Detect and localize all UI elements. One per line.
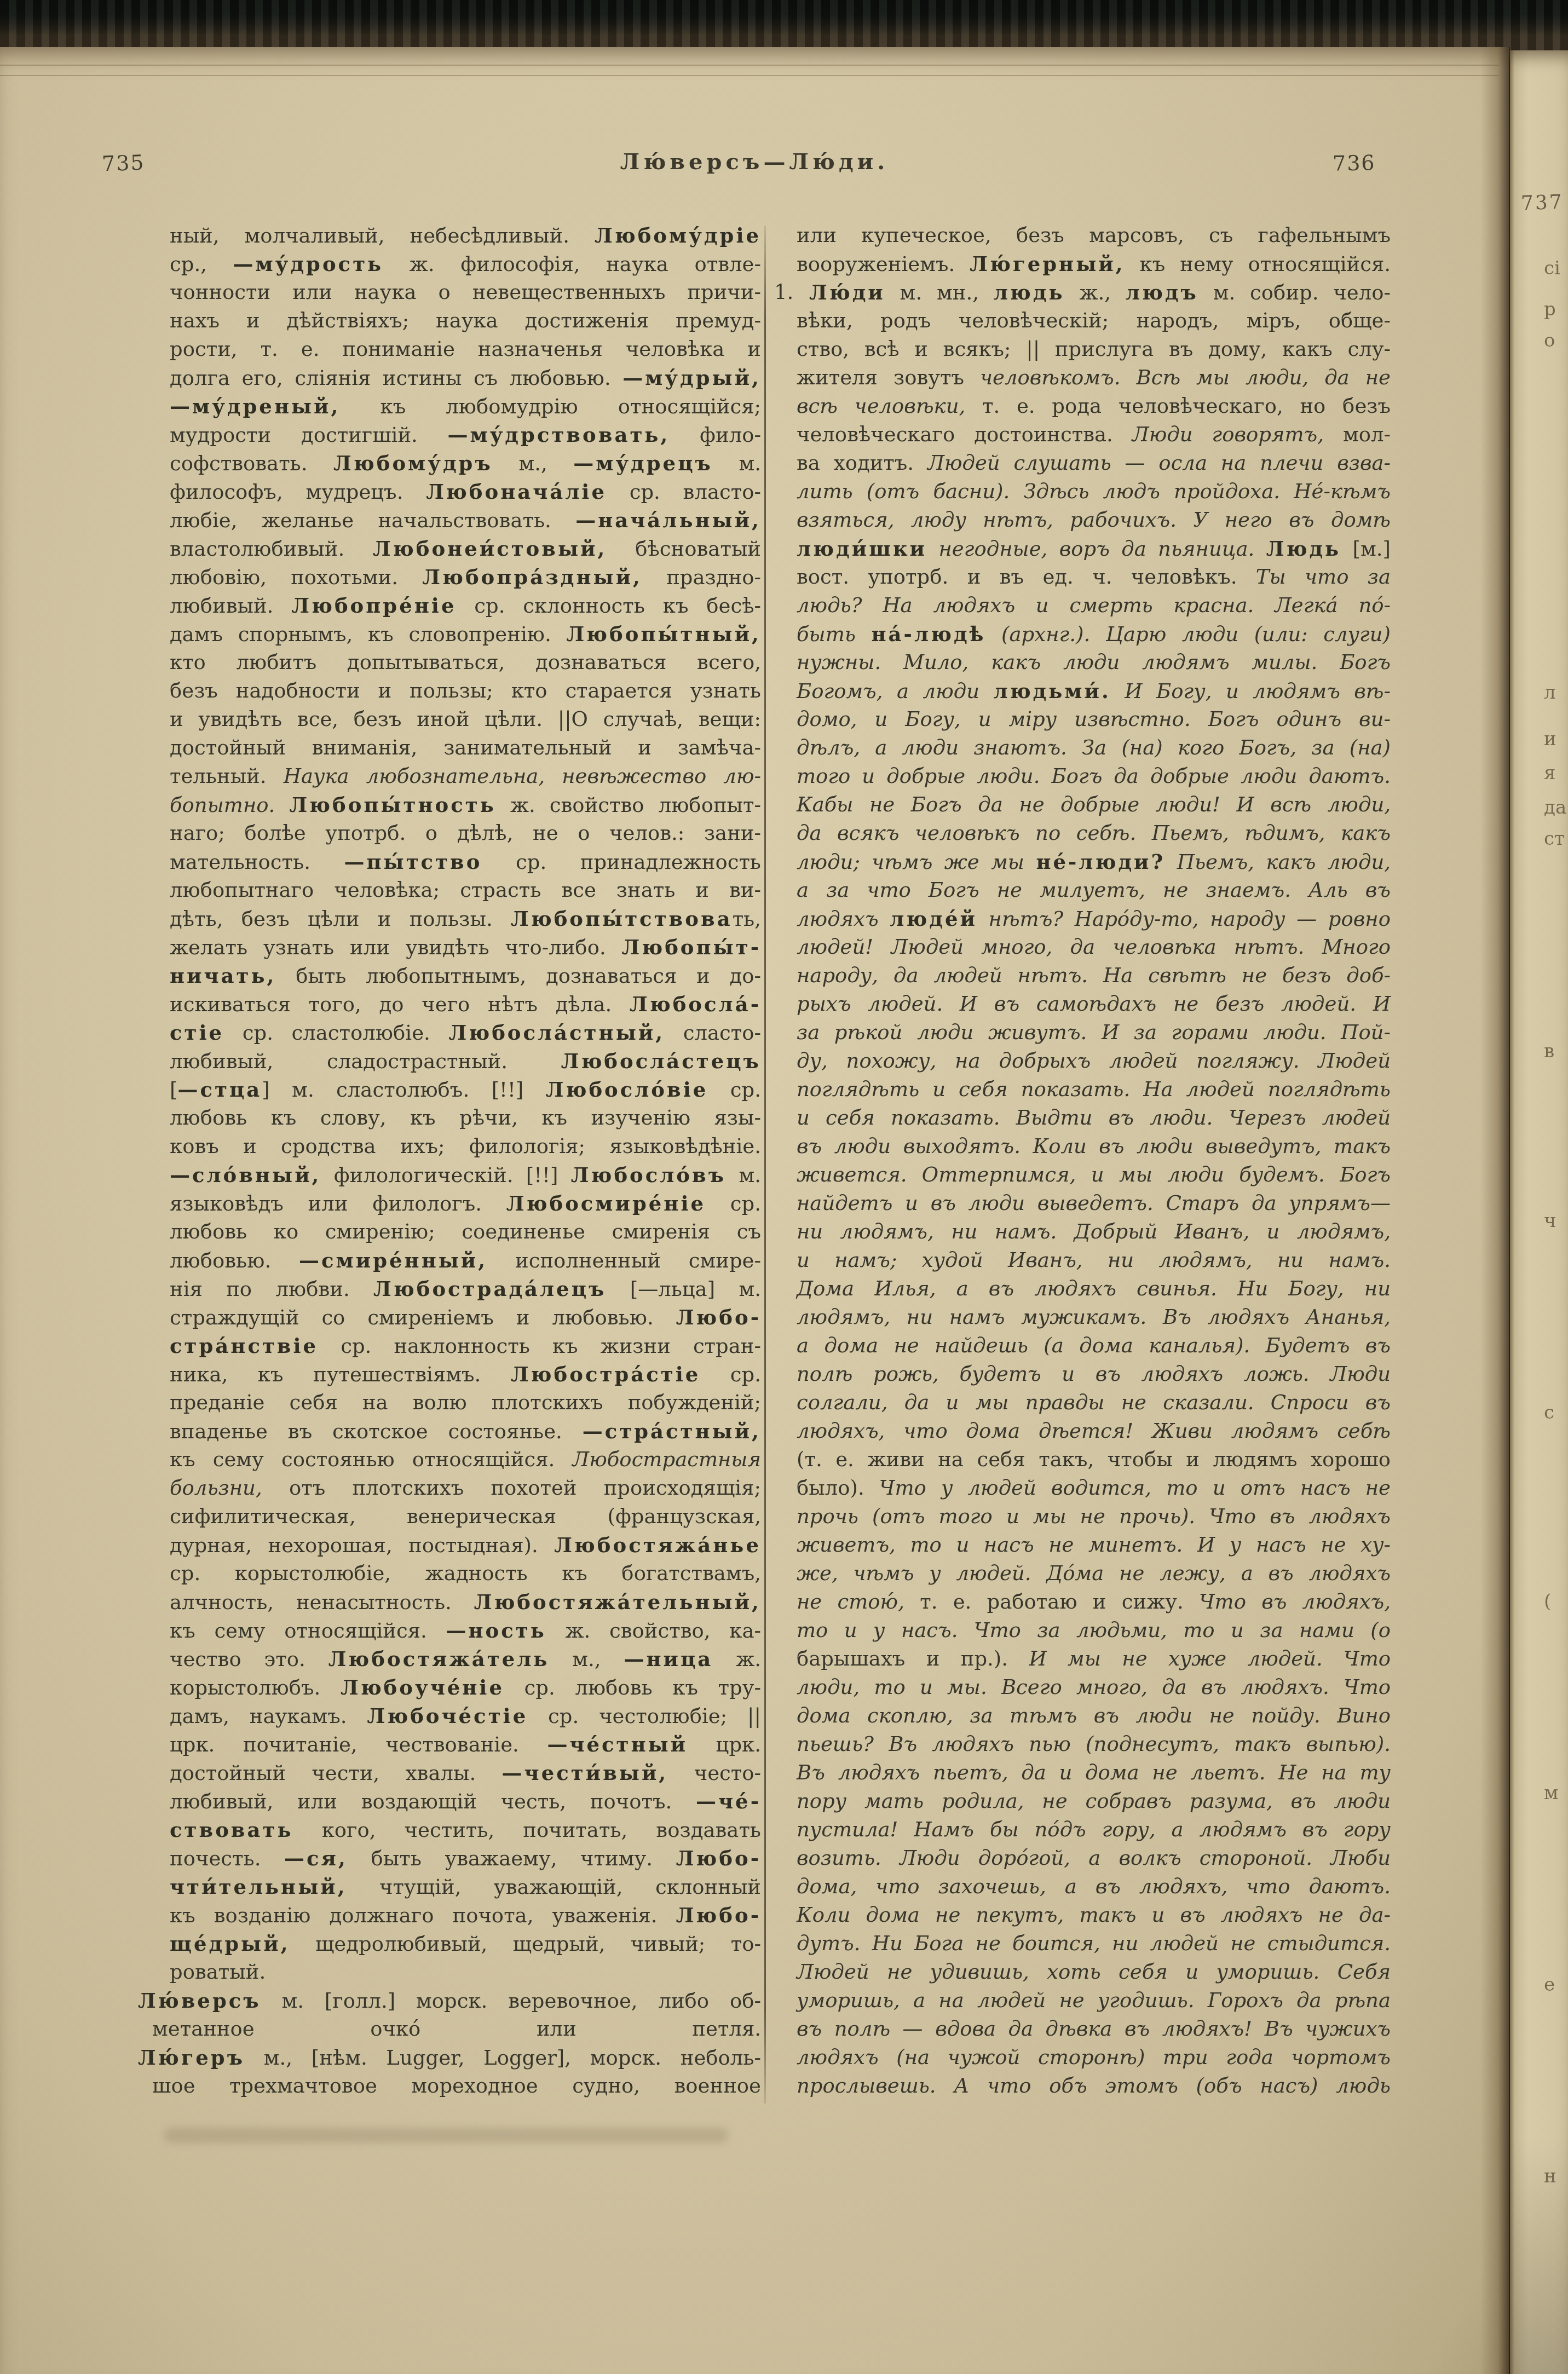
headword-bold: Любонеи́стовый,: [373, 537, 607, 561]
text-line: ще́дрый, щедролюбивый, щедрый, чивый; то…: [138, 1929, 761, 1958]
edge-glyph: (: [1544, 1591, 1551, 1612]
headword-bold: —му́дрость: [233, 252, 384, 276]
text-line: дома скоплю, за тѣмъ въ люди не пойду. В…: [772, 1702, 1391, 1730]
text-line: возить. Люди доро́гой, а волкъ стороной.…: [772, 1844, 1391, 1872]
text-line: поглядѣть и себя показать. На людей погл…: [772, 1075, 1391, 1104]
text-line: того и добрые люди. Богъ да добрые люди …: [772, 762, 1391, 791]
example-italic: всѣ человѣки,: [797, 394, 965, 418]
text-line: мательность. —пы́тство ср. принадлежност…: [138, 848, 761, 876]
headword-bold: Любоуче́ніе: [341, 1675, 504, 1699]
text-line: Кабы не Богъ да не добрые люди! И всѣ лю…: [772, 791, 1391, 819]
text-line: дутъ. Ни Бога не боится, ни людей не сты…: [772, 1929, 1391, 1958]
edge-glyph: е: [1544, 1974, 1555, 1996]
edge-glyph: да: [1544, 797, 1566, 819]
text-line: живется. Оттерпимся, и мы люди будемъ. Б…: [772, 1161, 1391, 1189]
text-line: властолюбивый. Любонеи́стовый, бѣсноваты…: [138, 534, 761, 563]
example-italic: И мы не хуже людей. Что: [1029, 1647, 1391, 1670]
headword-bold: —му́дреный,: [170, 394, 340, 418]
headword-bold: стіе: [170, 1021, 224, 1045]
text-line: стіе ср. сластолюбіе. Любосла́стный, сла…: [138, 1018, 761, 1047]
example-italic: ду, похожу, на добрыхъ людей погляжу. Лю…: [797, 1049, 1391, 1073]
example-italic: Что у людей водится, то и отъ насъ не: [879, 1476, 1391, 1500]
example-italic: дома, что захочешь, а въ людяхъ, что даю…: [797, 1875, 1391, 1898]
example-italic: Люди говорятъ,: [1132, 423, 1324, 446]
edge-glyph: н: [1544, 2165, 1557, 2187]
text-line: ср., —му́дрость ж. философія, наука отвл…: [138, 250, 761, 278]
example-italic: же, чѣмъ у людей. До́ма не лежу, а въ лю…: [797, 1561, 1391, 1585]
text-line: впаденье въ скотское состоянье. —стра́ст…: [138, 1417, 761, 1445]
text-line: жителя зовутъ человѣкомъ. Всѣ мы люди, д…: [772, 364, 1391, 392]
example-italic: дѣлъ, а люди знаютъ. За (на) кого Богъ, …: [797, 736, 1391, 759]
example-italic: прочь (отъ того и мы не прочь). Что въ л…: [797, 1505, 1391, 1528]
text-line: вѣки, родъ человѣческій; народъ, міръ, о…: [772, 307, 1391, 335]
text-line: [—стца] м. сластолюбъ. [!!] Любосло́віе …: [138, 1075, 761, 1104]
headword-bold: —стра́стный,: [583, 1419, 761, 1443]
edge-glyph: сі: [1544, 257, 1560, 279]
edge-glyph: м: [1544, 1782, 1558, 1804]
text-line: сифилитическая, венерическая (французска…: [138, 1502, 761, 1531]
example-italic: лить (отъ басни). Здѣсь людъ пройдоха. Н…: [797, 480, 1391, 503]
text-line: любіе, желанье начальствовать. —нача́льн…: [138, 506, 761, 534]
headword-bold: Любосмире́ніе: [506, 1191, 706, 1215]
text-line: наго; болѣе употрб. о дѣлѣ, не о челов.:…: [138, 819, 761, 848]
text-line: Лю́версъ м. [голл.] морск. веревочное, л…: [138, 1986, 761, 2015]
text-line: чонности или наука о невещественныхъ при…: [138, 278, 761, 307]
text-line: Людей не удивишь, хоть себя и уморишь. С…: [772, 1958, 1391, 1986]
text-line: пьешь? Въ людяхъ пью (поднесутъ, такъ вы…: [772, 1730, 1391, 1759]
text-line: искиваться того, до чего нѣтъ дѣла. Любо…: [138, 990, 761, 1018]
text-line: дѣлъ, а люди знаютъ. За (на) кого Богъ, …: [772, 734, 1391, 762]
headword-bold: Любопы́тный,: [566, 622, 761, 646]
edge-glyph: и: [1544, 728, 1557, 750]
text-line: преданіе себя на волю плотскихъ побужден…: [138, 1388, 761, 1417]
headword-bold: —нача́льный,: [575, 508, 761, 532]
headword-bold: чти́тельный,: [170, 1875, 347, 1899]
text-line: да всякъ человѣкъ по себѣ. Пьемъ, ѣдимъ,…: [772, 819, 1391, 848]
text-line: достойный чести, хвалы. —чести́вый, чест…: [138, 1759, 761, 1787]
headword-bold: не́-люди?: [1036, 850, 1165, 874]
example-italic: рыхъ людей. И въ самоѣдахъ не безъ людей…: [797, 992, 1391, 1016]
text-line: мудрости достигшій. —му́дрствовать, фило…: [138, 420, 761, 449]
text-line: дамъ спорнымъ, къ словопренію. Любопы́тн…: [138, 620, 761, 648]
example-italic: людяхъ, что дома дѣется! Живи людямъ себ…: [797, 1419, 1391, 1443]
text-line: уморишь, а на людей не угодишь. Горохъ д…: [772, 1986, 1391, 2015]
showthrough-ghost-text: [164, 2128, 728, 2143]
text-line: кто любитъ допытываться, дознаваться все…: [138, 648, 761, 677]
headword-bold: Любостяжа́тель: [328, 1647, 550, 1671]
example-italic: людяхъ (на чужой сторонѣ) три года чорто…: [797, 2045, 1391, 2069]
text-line: Коли дома не пекутъ, такъ и въ людяхъ не…: [772, 1901, 1391, 1929]
text-line: стра́нствіе ср. наклонность къ жизни стр…: [138, 1332, 761, 1360]
text-line: любивый. Любопре́ніе ср. склонность къ б…: [138, 591, 761, 620]
example-italic: Богомъ, а люди: [797, 679, 979, 703]
example-italic: найдетъ и въ люди выведетъ. Старъ да упр…: [797, 1191, 1391, 1215]
headword-bold: Любосла́стецъ: [561, 1049, 761, 1073]
text-line: безъ надобности и пользы; кто старается …: [138, 677, 761, 705]
text-line: —му́дреный, къ любомудрію относящійся;: [138, 392, 761, 420]
text-line: дамъ, наукамъ. Любоче́стіе ср. честолюбі…: [138, 1702, 761, 1730]
next-page-edge: [1510, 50, 1568, 2374]
headword-bold: —пы́тство: [344, 850, 482, 874]
headword-bold: —чести́вый,: [502, 1761, 668, 1785]
column-divider-rule: [764, 226, 766, 2104]
text-line: солгали, да и мы правды не сказали. Спро…: [772, 1388, 1391, 1417]
headword-bold: —стца: [177, 1077, 262, 1102]
headword-bold: Лю́версъ: [138, 1989, 261, 2013]
headword-bold: —му́дрствовать,: [448, 423, 670, 447]
example-italic: въ люди выходятъ. Коли въ люди выведутъ,…: [797, 1134, 1391, 1158]
example-italic: въ полѣ — вдова да дѣвка въ людяхъ! Въ ч…: [797, 2017, 1391, 2041]
example-italic: пустила! Намъ бы по́дъ гору, а людямъ въ…: [797, 1818, 1391, 1841]
text-line: ный, молчаливый, небесѣдливый. Любому́др…: [138, 221, 761, 250]
example-italic: Пьемъ, какъ люди,: [1177, 850, 1391, 874]
text-line: ва ходитъ. Людей слушать — осла на плечи…: [772, 449, 1391, 477]
example-italic: не стою́,: [797, 1590, 904, 1614]
text-line: вооруженіемъ. Лю́герный, къ нему относящ…: [772, 250, 1391, 278]
text-line: а дома не найдешь (а дома каналья). Буде…: [772, 1332, 1391, 1360]
example-italic: бопытно.: [170, 793, 275, 817]
text-line: человѣческаго достоинства. Люди говорятъ…: [772, 420, 1391, 449]
example-italic: и намъ; худой Иванъ, ни людямъ, ни намъ.: [797, 1248, 1391, 1272]
text-line: дѣть, безъ цѣли и пользы. Любопы́тствова…: [138, 904, 761, 933]
headword-bold: —смире́нный,: [299, 1248, 487, 1272]
example-italic: Ты что за: [1256, 565, 1391, 589]
text-line: или купеческое, безъ марсовъ, съ гафельн…: [772, 221, 1391, 250]
edge-glyph: ч: [1544, 1210, 1556, 1232]
headword-bold: Любопы́тствова: [511, 907, 733, 931]
example-italic: Коли дома не пекутъ, такъ и въ людяхъ не…: [797, 1903, 1391, 1927]
edge-glyph: ст: [1544, 828, 1565, 850]
headword-bold: Любостра́стіе: [511, 1362, 700, 1386]
example-italic: Наука любознательна, невѣжество лю-: [284, 764, 761, 788]
headword-bold: Любо-: [676, 1305, 761, 1329]
text-line: любивый, или воздающій честь, почотъ. —ч…: [138, 1787, 761, 1816]
text-line: ствовать кого, честить, почитать, воздав…: [138, 1816, 761, 1844]
paper-crease-line: [0, 75, 1499, 76]
headword-bold: —че́стный: [547, 1732, 688, 1756]
text-line: и себя показать. Выдти въ люди. Черезъ л…: [772, 1104, 1391, 1132]
text-line: почесть. —ся, быть уважаему, чтиму. Любо…: [138, 1844, 761, 1872]
text-line: пору мать родила, не собравъ разума, въ …: [772, 1787, 1391, 1816]
example-italic: Что въ людяхъ,: [1199, 1590, 1391, 1614]
text-line: шое трехмачтовое мореходное судно, военн…: [138, 2072, 761, 2100]
text-line: црк. почитаніе, чествованіе. —че́стный ц…: [138, 1730, 761, 1759]
text-line: ника, къ путешествіямъ. Любостра́стіе ср…: [138, 1360, 761, 1388]
headword-bold: —ность: [446, 1618, 546, 1643]
text-line: вост. употрб. и въ ед. ч. человѣкъ. Ты ч…: [772, 563, 1391, 591]
page-fold-shadow: [1480, 47, 1510, 2374]
text-line: рости, т. е. пониманіе назначенья человѣ…: [138, 335, 761, 364]
example-italic: живетъ, то и насъ не минетъ. И у насъ не…: [797, 1533, 1391, 1557]
text-line: корыстолюбъ. Любоуче́ніе ср. любовь къ т…: [138, 1673, 761, 1702]
headword-bold: Любопы́тность: [289, 793, 495, 817]
text-line: Богомъ, а люди людьми́. И Богу, и людямъ…: [772, 677, 1391, 705]
text-line: Дома Илья, а въ людяхъ свинья. Ни Богу, …: [772, 1275, 1391, 1303]
headword-bold: Любо-: [676, 1903, 761, 1927]
example-italic: людямъ, ни намъ мужикамъ. Въ людяхъ Анан…: [797, 1305, 1391, 1329]
text-line: любовію, похотьми. Любопра́здный, праздн…: [138, 563, 761, 591]
example-italic: (архнг.). Царю люди (или: слуги): [1001, 623, 1391, 646]
edge-glyph: л: [1544, 682, 1556, 704]
headword-bold: Людь: [1266, 537, 1341, 561]
headword-bold: —му́дрый,: [622, 366, 761, 390]
headword-bold: Любостяжа́тельный,: [474, 1590, 761, 1614]
text-line: всѣ человѣки, т. е. рода человѣческаго, …: [772, 392, 1391, 420]
example-italic: бользни,: [170, 1476, 262, 1500]
edge-glyph: я: [1544, 762, 1555, 784]
example-italic: людяхъ: [797, 907, 879, 931]
example-italic: и себя показать. Выдти въ люди. Черезъ л…: [797, 1106, 1391, 1130]
text-line: людей! Людей много, да человѣка нѣтъ. Мн…: [772, 933, 1391, 961]
headword-bold: —ся,: [284, 1846, 348, 1870]
text-line: къ возданію должнаго почота, уваженія. Л…: [138, 1901, 761, 1929]
headword-bold: Любопы́т-: [622, 935, 761, 959]
example-italic: Людей не удивишь, хоть себя и уморишь. С…: [797, 1960, 1391, 1984]
text-line: полѣ рожь, будетъ и въ людяхъ ложь. Люди: [772, 1360, 1391, 1388]
text-line: чество это. Любостяжа́тель м., —ница ж.: [138, 1645, 761, 1673]
text-line: люди, то и мы. Всего много, да въ людяхъ…: [772, 1673, 1391, 1702]
example-italic: людей! Людей много, да человѣка нѣтъ. Мн…: [797, 935, 1391, 959]
text-line: ни людямъ, ни намъ. Добрый Иванъ, и людя…: [772, 1218, 1391, 1246]
text-line: алчность, ненасытность. Любостяжа́тельны…: [138, 1588, 761, 1616]
edge-glyph: о: [1544, 330, 1555, 352]
text-line: людямъ, ни намъ мужикамъ. Въ людяхъ Анан…: [772, 1303, 1391, 1332]
headword-bold: Любо-: [676, 1846, 761, 1870]
text-line: любовь ко смиренію; соединенье смиренія …: [138, 1218, 761, 1246]
text-line: въ полѣ — вдова да дѣвка въ людяхъ! Въ ч…: [772, 2015, 1391, 2043]
next-page-number: 737: [1520, 191, 1564, 215]
edge-glyph: в: [1544, 1040, 1554, 1062]
text-line: ср. корыстолюбіе, жадность къ богатствам…: [138, 1559, 761, 1588]
example-italic: а за что Богъ не милуетъ, не знаемъ. Аль…: [797, 878, 1391, 902]
headword-bold: —че́-: [696, 1789, 761, 1813]
text-line: люди; чѣмъ же мы не́-люди? Пьемъ, какъ л…: [772, 848, 1391, 876]
example-italic: народу, да людей нѣтъ. На свѣтѣ не безъ …: [797, 964, 1391, 987]
text-line: къ сему состоянью относящійся. Любострас…: [138, 1445, 761, 1474]
page-number-left: 735: [101, 151, 145, 176]
entry-number-marker: 1.: [774, 278, 793, 307]
text-line: людь? На людяхъ и смерть красна. Легка́ …: [772, 591, 1391, 620]
text-line: любовь къ слову, къ рѣчи, къ изученію яз…: [138, 1104, 761, 1132]
text-line: быть на́-людѣ (архнг.). Царю люди (или: …: [772, 620, 1391, 648]
edge-glyph: с: [1544, 1402, 1554, 1424]
text-line: найдетъ и въ люди выведетъ. Старъ да упр…: [772, 1189, 1391, 1218]
edge-glyph: р: [1544, 298, 1556, 320]
headword-bold: Любосла́стный,: [448, 1021, 665, 1045]
headword-bold: —ница: [624, 1647, 713, 1671]
headword-bold: людъ: [1126, 280, 1198, 304]
text-line: нужны. Мило, какъ люди людямъ милы. Богъ: [772, 648, 1391, 677]
left-text-column: ный, молчаливый, небесѣдливый. Любому́др…: [138, 221, 761, 2100]
scanned-dictionary-page: { "header": { "page_number_left": "735",…: [0, 0, 1568, 2374]
example-italic: прослывешь. А что объ этомъ (объ насъ) л…: [797, 2074, 1391, 2098]
headword-bold: Любому́дріе: [595, 223, 761, 247]
text-line: Въ людяхъ пьетъ, да и дома не льетъ. Не …: [772, 1759, 1391, 1787]
example-italic: Людей слушать — осла на плечи взва-: [927, 451, 1391, 475]
headword-bold: Любопра́здный,: [422, 565, 642, 589]
text-line: и увидѣть все, безъ иной цѣли. ||О случа…: [138, 705, 761, 734]
text-line: ничать, быть любопытнымъ, дознаваться и …: [138, 961, 761, 990]
headword-bold: люди́шки: [797, 537, 927, 561]
text-line: рыхъ людей. И въ самоѣдахъ не безъ людей…: [772, 990, 1391, 1018]
text-line: лить (отъ басни). Здѣсь людъ пройдоха. Н…: [772, 477, 1391, 506]
text-line: за рѣкой люди живутъ. И за горами люди. …: [772, 1018, 1391, 1047]
text-line: прочь (отъ того и мы не прочь). Что въ л…: [772, 1502, 1391, 1531]
text-line: пустила! Намъ бы по́дъ гору, а людямъ въ…: [772, 1816, 1391, 1844]
text-line: чти́тельный, чтущій, уважающій, склонный: [138, 1872, 761, 1901]
headword-bold: Любосла́-: [630, 992, 761, 1016]
text-line: было). Что у людей водится, то и отъ нас…: [772, 1474, 1391, 1502]
example-italic: то и у насъ. Что за людьми, то и за нами…: [797, 1618, 1391, 1642]
example-italic: полѣ рожь, будетъ и въ людяхъ ложь. Люди: [797, 1362, 1391, 1386]
text-line: къ сему относящійся. —ность ж. свойство,…: [138, 1616, 761, 1645]
text-line: бользни, отъ плотскихъ похотей происходя…: [138, 1474, 761, 1502]
headword-bold: —му́дрецъ: [573, 451, 713, 475]
text-line: народу, да людей нѣтъ. На свѣтѣ не безъ …: [772, 961, 1391, 990]
headword-bold: Любому́дръ: [333, 451, 493, 475]
text-line: дома, что захочешь, а въ людяхъ, что даю…: [772, 1872, 1391, 1901]
text-line: нія по любви. Любострада́лецъ [—льца] м.: [138, 1275, 761, 1303]
text-line: Лю́ди м. мн., людь ж., людъ м. собир. че…: [772, 278, 1391, 307]
text-line: взяться, люду нѣтъ, рабочихъ. У него въ …: [772, 506, 1391, 534]
headword-bold: Любостяжа́нье: [554, 1533, 761, 1557]
example-italic: людь? На людяхъ и смерть красна. Легка́ …: [797, 593, 1391, 617]
text-line: языковѣдъ или филологъ. Любосмире́ніе ср…: [138, 1189, 761, 1218]
headword-bold: —сло́вный,: [170, 1163, 321, 1187]
headword-bold: Лю́ди: [809, 280, 885, 304]
headword-bold: Любонача́ліе: [426, 480, 607, 504]
example-italic: возить. Люди доро́гой, а волкъ стороной.…: [797, 1846, 1391, 1870]
page-number-right: 736: [1333, 151, 1376, 175]
text-line: бопытно. Любопы́тность ж. свойство любоп…: [138, 791, 761, 819]
text-line: —сло́вный, филологическій. [!!] Любосло́…: [138, 1161, 761, 1189]
text-line: людяхъ (на чужой сторонѣ) три года чорто…: [772, 2043, 1391, 2072]
headword-bold: Любоче́стіе: [367, 1704, 528, 1728]
text-line: любопытнаго человѣка; страсть все знать …: [138, 876, 761, 904]
headword-bold: людь: [994, 280, 1065, 304]
text-line: людяхъ люде́й нѣтъ? Наро́ду-то, народу —…: [772, 904, 1391, 933]
example-italic: негодные, воръ да пьяница.: [938, 537, 1254, 561]
text-line: долга его, сліянія истины съ любовью. —м…: [138, 364, 761, 392]
text-line: нахъ и дѣйствіяхъ; наука достиженія прем…: [138, 307, 761, 335]
text-line: страждущій со смиреніемъ и любовью. Любо…: [138, 1303, 761, 1332]
headword-bold: Лю́герный,: [970, 252, 1125, 276]
text-line: не стою́, т. е. работаю и сижу. Что въ л…: [772, 1588, 1391, 1616]
text-line: и намъ; худой Иванъ, ни людямъ, ни намъ.: [772, 1246, 1391, 1275]
example-italic: Любострастныя: [572, 1448, 761, 1471]
text-line: философъ, мудрецъ. Любонача́ліе ср. влас…: [138, 477, 761, 506]
example-italic: Въ людяхъ пьетъ, да и дома не льетъ. Не …: [797, 1761, 1391, 1784]
example-italic: дома скоплю, за тѣмъ въ люди не пойду. В…: [797, 1704, 1391, 1727]
example-italic: люди, то и мы. Всего много, да въ людяхъ…: [797, 1675, 1391, 1699]
text-line: софствовать. Любому́дръ м., —му́дрецъ м.: [138, 449, 761, 477]
example-italic: Дома Илья, а въ людяхъ свинья. Ни Богу, …: [797, 1277, 1391, 1300]
example-italic: пьешь? Въ людяхъ пью (поднесутъ, такъ вы…: [797, 1732, 1391, 1756]
text-line: Лю́геръ м., [нѣм. Lugger, Logger], морск…: [138, 2043, 761, 2072]
example-italic: нужны. Мило, какъ люди людямъ милы. Богъ: [797, 650, 1391, 674]
headword-bold: Лю́геръ: [138, 2045, 245, 2070]
text-line: любивый, сладострастный. Любосла́стецъ: [138, 1047, 761, 1075]
example-italic: быть: [797, 623, 856, 646]
text-line: людяхъ, что дома дѣется! Живи людямъ себ…: [772, 1417, 1391, 1445]
text-line: достойный вниманія, занимательный и замѣ…: [138, 734, 761, 762]
text-line: любовью. —смире́нный, исполненный смире-: [138, 1246, 761, 1275]
headword-bold: на́-людѣ: [871, 622, 985, 646]
example-italic: уморишь, а на людей не угодишь. Горохъ д…: [797, 1989, 1391, 2012]
text-line: ство, всѣ и всякъ; || прислуга въ дому, …: [772, 335, 1391, 364]
right-text-column: или купеческое, безъ марсовъ, съ гафельн…: [772, 221, 1391, 2100]
headword-bold: ничать,: [170, 964, 276, 988]
headword-bold: ще́дрый,: [170, 1932, 290, 1956]
example-italic: а дома не найдешь (а дома каналья). Буде…: [797, 1334, 1391, 1357]
headword-bold: Любосло́віе: [546, 1077, 708, 1102]
text-line: роватый.: [138, 1958, 761, 1986]
headword-bold: ствовать: [170, 1818, 293, 1842]
example-italic: человѣкомъ. Всѣ мы люди, да не: [980, 366, 1391, 389]
text-line: ковъ и сродства ихъ; филологія; языковѣд…: [138, 1132, 761, 1161]
text-line: домо, и Богу, и міру извѣстно. Богъ один…: [772, 705, 1391, 734]
text-line: то и у насъ. Что за людьми, то и за нами…: [772, 1616, 1391, 1645]
example-italic: поглядѣть и себя показать. На людей погл…: [797, 1077, 1391, 1101]
example-italic: нѣтъ? Наро́ду-то, народу — ровно: [989, 907, 1391, 931]
example-italic: дутъ. Ни Бога не боится, ни людей не сты…: [797, 1932, 1391, 1955]
text-line: барышахъ и пр.). И мы не хуже людей. Что: [772, 1645, 1391, 1673]
corner-shading: [1510, 2135, 1568, 2374]
text-line: (т. е. живи на себя такъ, чтобы и людямъ…: [772, 1445, 1391, 1474]
example-italic: домо, и Богу, и міру извѣстно. Богъ один…: [797, 707, 1391, 731]
example-italic: пору мать родила, не собравъ разума, въ …: [797, 1789, 1391, 1813]
example-italic: люди; чѣмъ же мы: [797, 850, 1024, 874]
example-italic: того и добрые люди. Богъ да добрые люди …: [797, 764, 1391, 788]
example-italic: И Богу, и людямъ вѣ-: [1125, 679, 1391, 703]
text-line: живетъ, то и насъ не минетъ. И у насъ не…: [772, 1531, 1391, 1559]
text-line: въ люди выходятъ. Коли въ люди выведутъ,…: [772, 1132, 1391, 1161]
example-italic: за рѣкой люди живутъ. И за горами люди. …: [797, 1021, 1391, 1044]
headword-bold: Любосло́въ: [571, 1163, 726, 1187]
text-line: же, чѣмъ у людей. До́ма не лежу, а въ лю…: [772, 1559, 1391, 1588]
headword-bold: Любострада́лецъ: [373, 1277, 606, 1301]
text-line: ду, похожу, на добрыхъ людей погляжу. Лю…: [772, 1047, 1391, 1075]
headword-bold: людьми́.: [994, 679, 1111, 703]
text-line: прослывешь. А что объ этомъ (объ насъ) л…: [772, 2072, 1391, 2100]
running-head-title: Лю́версъ—Лю́ди.: [620, 149, 889, 175]
paper-crease-line: [0, 65, 1499, 66]
example-italic: ни людямъ, ни намъ. Добрый Иванъ, и людя…: [797, 1220, 1391, 1243]
text-line: тельный. Наука любознательна, невѣжество…: [138, 762, 761, 791]
example-italic: да всякъ человѣкъ по себѣ. Пьемъ, ѣдимъ,…: [797, 821, 1391, 845]
text-line: метанное очко́ или петля.: [138, 2015, 761, 2043]
text-line: желать узнать или увидѣть что-либо. Любо…: [138, 933, 761, 961]
example-italic: солгали, да и мы правды не сказали. Спро…: [797, 1391, 1391, 1414]
example-italic: взяться, люду нѣтъ, рабочихъ. У него въ …: [797, 508, 1391, 532]
text-line: люди́шки негодные, воръ да пьяница. Людь…: [772, 534, 1391, 563]
text-line: дурная, нехорошая, постыдная). Любостяжа…: [138, 1531, 761, 1559]
headword-bold: Любопре́ніе: [291, 593, 456, 618]
headword-bold: люде́й: [890, 907, 977, 931]
example-italic: живется. Оттерпимся, и мы люди будемъ. Б…: [797, 1163, 1391, 1186]
text-line: а за что Богъ не милуетъ, не знаемъ. Аль…: [772, 876, 1391, 904]
example-italic: Кабы не Богъ да не добрые люди! И всѣ лю…: [797, 793, 1391, 816]
headword-bold: стра́нствіе: [170, 1334, 318, 1358]
